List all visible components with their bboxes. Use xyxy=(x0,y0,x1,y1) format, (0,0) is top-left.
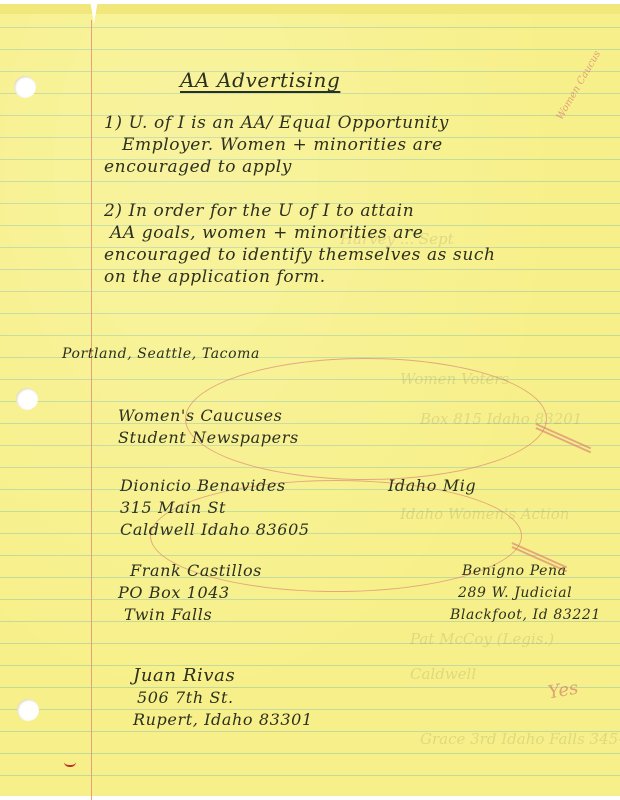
item-line: on the application form. xyxy=(104,266,496,288)
outlet-item: Student Newspapers xyxy=(118,427,299,449)
bleed-through-text: Grace 3rd Idaho Falls 345-9411 xyxy=(420,730,620,748)
contact-address-1: 315 Main St xyxy=(120,497,310,519)
outlets-list: Women's Caucuses Student Newspapers xyxy=(118,405,299,449)
item-line: Employer. Women + minorities are xyxy=(104,134,449,156)
contact-name: Dionicio Benavides xyxy=(120,475,310,497)
punch-hole-top xyxy=(14,76,36,98)
cities-line: Portland, Seattle, Tacoma xyxy=(62,346,260,362)
item-line: AA goals, women + minorities are xyxy=(104,222,496,244)
item-2: 2) In order for the U of I to attain AA … xyxy=(104,200,496,288)
punch-hole-middle xyxy=(16,388,38,410)
item-line: encouraged to identify themselves as suc… xyxy=(104,244,496,266)
item-number: 2) xyxy=(104,201,123,221)
torn-edge xyxy=(108,0,338,4)
contact-address-2: Blackfoot, Id 83221 xyxy=(450,604,601,626)
contact-note: Idaho Mig xyxy=(388,475,476,497)
contact-address-1: 506 7th St. xyxy=(133,687,313,709)
page-title: AA Advertising xyxy=(180,68,340,92)
outlet-item: Women's Caucuses xyxy=(118,405,299,427)
contact-name: Benigno Pena xyxy=(450,560,601,582)
contact-address-2: Rupert, Idaho 83301 xyxy=(133,709,313,731)
item-line: In order for the U of I to attain xyxy=(129,201,415,221)
contact-address-1: 289 W. Judicial xyxy=(450,582,601,604)
contact-pena: Benigno Pena 289 W. Judicial Blackfoot, … xyxy=(450,560,601,626)
contact-address-2: Caldwell Idaho 83605 xyxy=(120,519,310,541)
contact-address-1: PO Box 1043 xyxy=(118,582,262,604)
contact-address-2: Twin Falls xyxy=(118,604,262,626)
item-number: 1) xyxy=(104,113,123,133)
margin-line xyxy=(91,20,92,800)
bleed-through-text: Pat McCoy (Legis.) xyxy=(410,630,554,648)
contact-name: Juan Rivas xyxy=(133,665,313,687)
contact-castillos: Frank Castillos PO Box 1043 Twin Falls xyxy=(118,560,262,626)
item-line: encouraged to apply xyxy=(104,156,449,178)
contact-benavides: Dionicio Benavides 315 Main St Caldwell … xyxy=(120,475,310,541)
bleed-through-text: Caldwell xyxy=(410,665,476,683)
contact-rivas: Juan Rivas 506 7th St. Rupert, Idaho 833… xyxy=(133,665,313,731)
item-line: U. of I is an AA/ Equal Opportunity xyxy=(129,113,449,133)
item-1: 1) U. of I is an AA/ Equal Opportunity E… xyxy=(104,112,449,178)
contact-name: Frank Castillos xyxy=(118,560,262,582)
punch-hole-bottom xyxy=(17,699,39,721)
